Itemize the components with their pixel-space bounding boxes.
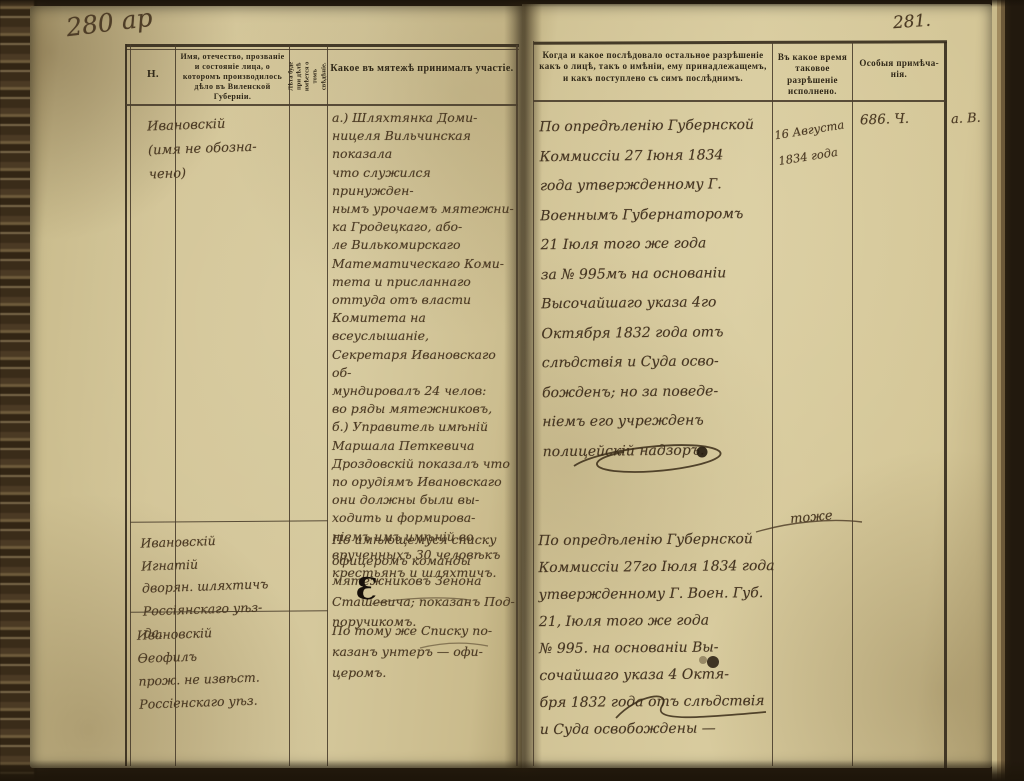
header-age-rotated-cell: Лѣта буде при дѣлѣ имѣется о томъ свѣдѣн… (289, 48, 327, 104)
entry1-participation: а.) Шляхтянка Доми- ницеля Вильчинская п… (332, 109, 516, 582)
book-scan: 280 ар 281. Н. Имя, отечество, прозваніе… (0, 0, 1024, 781)
right-table-right-rule (944, 42, 947, 768)
folio-number-right: 281. (892, 11, 931, 34)
header-person-name: Имя, отечество, прозваніе и состояніе ли… (178, 52, 287, 102)
right-header-bottom-rule (533, 100, 945, 102)
bottom-edge-shadow (0, 760, 1024, 781)
left-table-right-rule (516, 45, 518, 766)
left-col3-rule (327, 45, 328, 766)
entry1-resolution: По опредѣленію Губернской Коммиссіи 27 І… (539, 111, 771, 467)
entry1-margin-note: а. В. (951, 110, 998, 127)
entry3-person-name: Ивановскій Ѳеофилъ прож. не извѣст. Росс… (136, 618, 297, 715)
header-notes: Особыя примѣча­нія. (856, 58, 942, 81)
header-participation: Какое въ мятежѣ принималъ участіе. (330, 63, 514, 76)
header-age-rotated: Лѣта буде при дѣлѣ имѣется о томъ свѣдѣн… (288, 57, 329, 95)
top-edge-shadow (0, 0, 1024, 7)
entry1-notes: 686. Ч. (860, 110, 941, 129)
header-resolution: Когда и какое послѣдовало остальное разр… (537, 50, 769, 84)
entry2-resolution: По опредѣленію Губернской Коммиссіи 27го… (538, 526, 784, 744)
ink-blot-mark (355, 571, 379, 607)
entry1-person-name: Ивановскій (имя не обозна- чено) (147, 111, 291, 188)
right-table-left-rule (533, 41, 534, 766)
left-table-left-rule-thin (130, 44, 131, 766)
header-number: Н. (132, 68, 174, 82)
entry3-participation: По тому же Списку по- казанъ унтеръ — оф… (332, 620, 516, 683)
left-header-bottom-rule (126, 104, 518, 106)
left-table-left-rule (125, 44, 127, 766)
left-table-top-rule (126, 44, 519, 47)
header-executed: Въ какое время таковое разрѣше­ніе испол… (775, 52, 850, 97)
